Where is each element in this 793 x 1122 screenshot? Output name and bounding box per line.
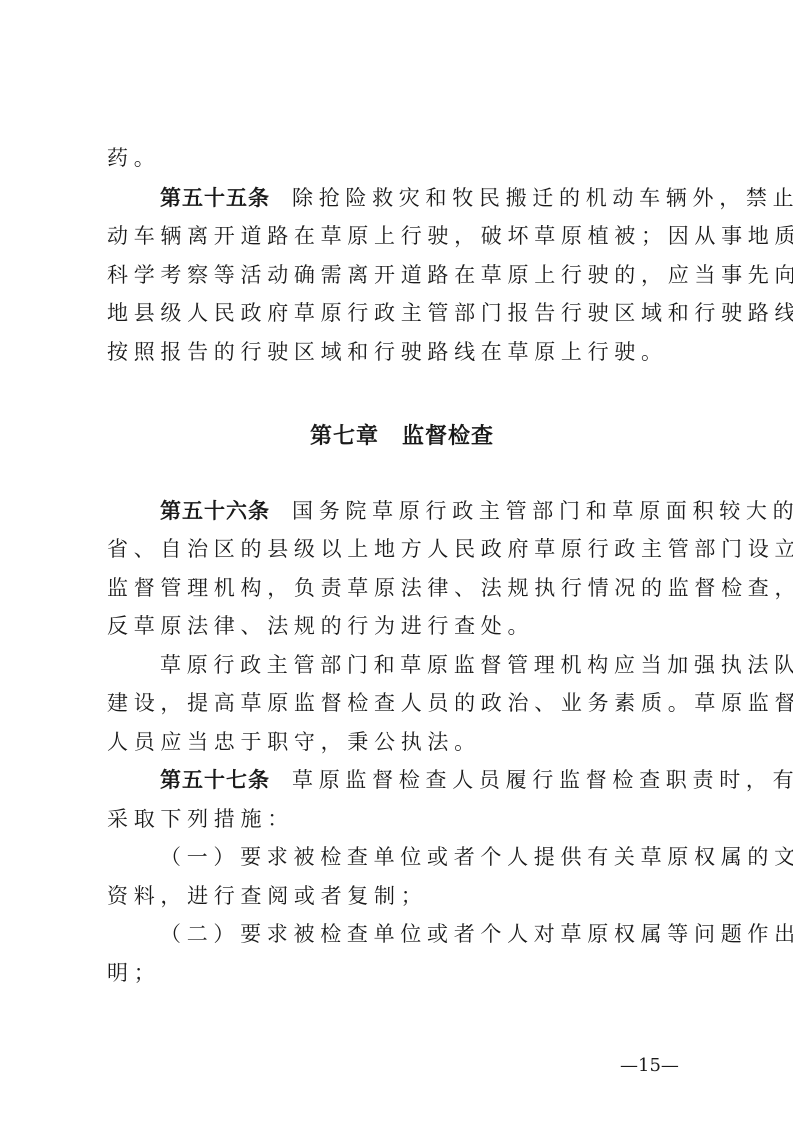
page-number: —15— xyxy=(620,1055,679,1076)
text-line: 按照报告的行驶区域和行驶路线在草原上行驶。 xyxy=(107,338,668,366)
article-57-title: 第五十七条 xyxy=(160,768,270,792)
text-line: 反草原法律、法规的行为进行查处。 xyxy=(107,612,534,640)
article-57-line: 第五十七条草原监督检查人员履行监督检查职责时，有权 xyxy=(160,766,793,794)
text-line: 地县级人民政府草原行政主管部门报告行驶区域和行驶路线，并 xyxy=(107,299,793,327)
list-item-2: （二）要求被检查单位或者个人对草原权属等问题作出说 xyxy=(160,920,793,948)
article-56-title: 第五十六条 xyxy=(160,499,270,523)
text-line: 草原行政主管部门和草原监督管理机构应当加强执法队伍 xyxy=(160,651,793,679)
text-line: 科学考察等活动确需离开道路在草原上行驶的，应当事先向所在 xyxy=(107,261,793,289)
article-57-text: 草原监督检查人员履行监督检查职责时，有权 xyxy=(292,768,793,792)
text-line: 动车辆离开道路在草原上行驶，破坏草原植被；因从事地质勘探、 xyxy=(107,222,793,250)
list-item-1: （一）要求被检查单位或者个人提供有关草原权属的文件和 xyxy=(160,843,793,871)
chapter-heading: 第七章 监督检查 xyxy=(107,419,697,450)
text-line: 采取下列措施： xyxy=(107,805,294,833)
text-line: 药。 xyxy=(107,144,160,172)
text-line: 人员应当忠于职守，秉公执法。 xyxy=(107,728,481,756)
text-line: 资料，进行查阅或者复制； xyxy=(107,882,427,910)
article-56-text: 国务院草原行政主管部门和草原面积较大的 xyxy=(292,499,793,523)
article-55-line: 第五十五条除抢险救灾和牧民搬迁的机动车辆外，禁止机 xyxy=(160,184,793,212)
text-line: 建设，提高草原监督检查人员的政治、业务素质。草原监督检查 xyxy=(107,689,793,717)
article-55-title: 第五十五条 xyxy=(160,186,270,210)
article-56-line: 第五十六条国务院草原行政主管部门和草原面积较大的 xyxy=(160,497,793,525)
text-line: 省、自治区的县级以上地方人民政府草原行政主管部门设立草原 xyxy=(107,535,793,563)
text-line: 监督管理机构，负责草原法律、法规执行情况的监督检查，对违 xyxy=(107,574,793,602)
text-line: 明； xyxy=(107,959,160,987)
article-55-text: 除抢险救灾和牧民搬迁的机动车辆外，禁止机 xyxy=(292,186,793,210)
